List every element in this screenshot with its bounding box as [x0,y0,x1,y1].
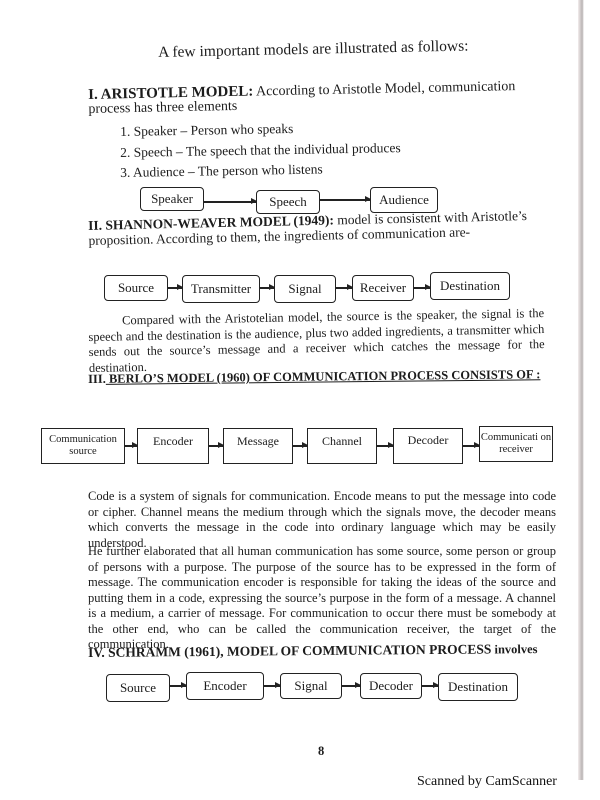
berlo-code-paragraph: Code is a system of signals for communic… [88,489,556,551]
aristotle-section-heading: I. ARISTOTLE MODEL: According to Aristot… [88,79,529,117]
flow-box-encoder: Encoder [186,672,264,700]
page-number: 8 [318,744,324,759]
flow-box-decoder: Decoder [393,428,463,464]
arrow-icon [264,685,280,686]
aristotle-flow-diagram: Speaker Speech Audience [140,184,438,214]
flow-box-speech: Speech [256,190,320,214]
arrow-icon [125,445,137,446]
flow-box-signal: Signal [280,673,342,699]
flow-box-decoder: Decoder [360,673,422,699]
flow-box-communication-source: Communication source [41,428,125,464]
arrow-icon [209,445,223,446]
flow-box-source: Source [104,275,168,301]
flow-box-destination: Destination [430,272,510,300]
arrow-icon [336,287,352,288]
flow-box-signal: Signal [274,275,336,303]
flow-box-destination: Destination [438,673,518,701]
page-edge-shadow [578,0,584,780]
arrow-icon [293,445,307,446]
aristotle-item-2: 2. Speech – The speech that the individu… [120,140,401,161]
arrow-icon [204,201,256,202]
flow-box-audience: Audience [370,187,438,213]
schramm-suffix: involves [491,642,537,656]
arrow-icon [260,287,274,288]
flow-box-source: Source [106,674,170,702]
intro-line: A few important models are illustrated a… [158,37,469,61]
berlo-further-paragraph: He further elaborated that all human com… [88,544,556,653]
flow-box-channel: Channel [307,428,377,464]
arrow-icon [168,287,182,288]
arrow-icon [377,445,393,446]
berlo-flow-diagram: Communication source Encoder Message Cha… [41,428,553,464]
arrow-icon [463,445,479,446]
berlo-prefix: III. [88,372,106,386]
flow-box-receiver: Receiver [352,275,414,301]
schramm-title: IV. SCHRAMM (1961), MODEL OF COMMUNICATI… [88,641,491,660]
scanner-watermark: Scanned by CamScanner [417,774,557,790]
flow-box-transmitter: Transmitter [182,275,260,303]
flow-box-communication-receiver: Communicati on receiver [479,426,553,462]
arrow-icon [342,685,360,686]
arrow-icon [422,685,438,686]
aristotle-item-3: 3. Audience – The person who listens [120,161,323,181]
flow-box-message: Message [223,428,293,464]
aristotle-item-1: 1. Speaker – Person who speaks [120,121,293,140]
arrow-icon [170,685,186,686]
schramm-flow-diagram: Source Encoder Signal Decoder Destinatio… [106,670,518,702]
flow-box-speaker: Speaker [140,187,204,211]
flow-box-encoder: Encoder [137,428,209,464]
arrow-icon [414,287,430,288]
shannon-flow-diagram: Source Transmitter Signal Receiver Desti… [104,273,510,303]
arrow-icon [320,199,370,200]
schramm-section-heading: IV. SCHRAMM (1961), MODEL OF COMMUNICATI… [88,641,538,661]
shannon-comparison-paragraph: Compared with the Aristotelian model, th… [88,306,545,376]
